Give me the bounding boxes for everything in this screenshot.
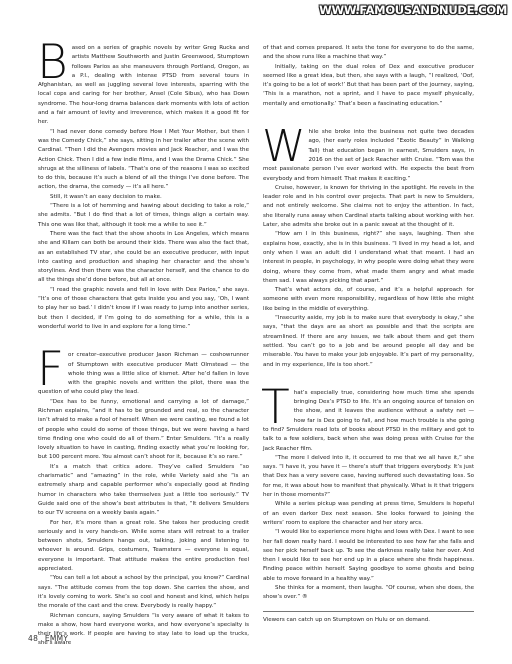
paragraph: While a series pickup was pending at pre…	[263, 500, 474, 528]
paragraph: Based on a series of graphic novels by w…	[38, 44, 249, 128]
paragraph: That’s what actors do, of course, and it…	[263, 286, 474, 314]
paragraph: While she broke into the business not qu…	[263, 128, 474, 184]
paragraph: Richman concurs, saying Smulders “is ver…	[38, 612, 249, 649]
page-number: 48	[28, 634, 38, 643]
footnote-divider	[263, 611, 474, 612]
publication-name: EMMY	[45, 634, 68, 643]
drop-cap: B	[37, 44, 68, 81]
paragraph: “Dex has to be funny, emotional and carr…	[38, 398, 249, 463]
drop-cap: F	[37, 351, 64, 388]
watermark: WWW.FAMOUSANDNUDE.COM	[319, 3, 507, 17]
paragraph: “I read the graphic novels and fell in l…	[38, 286, 249, 332]
article-column-right: of that and comes prepared. It sets the …	[263, 44, 474, 603]
paragraph: For creator–executive producer Jason Ric…	[38, 351, 249, 397]
paragraph: “I had never done comedy before How I Me…	[38, 128, 249, 193]
drop-cap: W	[262, 128, 306, 165]
paragraph: It’s a match that critics adore. They’ve…	[38, 463, 249, 519]
paragraph: “I would like to experience more highs a…	[263, 528, 474, 584]
paragraph: There was the fact that the show shoots …	[38, 230, 249, 286]
article-column-left: Based on a series of graphic novels by w…	[38, 44, 249, 649]
paragraph: That’s especially true, considering how …	[263, 389, 474, 454]
drop-cap: T	[261, 389, 290, 426]
paragraph: “The more I delved into it, it occurred …	[263, 454, 474, 500]
paragraph: “How am I in this business, right?” she …	[263, 230, 474, 286]
paragraph: She thinks for a moment, then laughs. “O…	[263, 584, 474, 603]
paragraph: Cruise, however, is known for thriving i…	[263, 184, 474, 230]
page-folio: 48 EMMY	[28, 634, 68, 643]
footnote: Viewers can catch up on Stumptown on Hul…	[263, 616, 474, 625]
paragraph: “You can tell a lot about a school by th…	[38, 574, 249, 611]
paragraph: Initially, taking on the dual roles of D…	[263, 63, 474, 109]
paragraph: “Insecurity aside, my job is to make sur…	[263, 314, 474, 370]
paragraph: Still, it wasn’t an easy decision to mak…	[38, 193, 249, 202]
paragraph: of that and comes prepared. It sets the …	[263, 44, 474, 63]
paragraph: For her, it’s more than a great role. Sh…	[38, 519, 249, 575]
paragraph: “There is a lot of hemming and hawing ab…	[38, 202, 249, 230]
